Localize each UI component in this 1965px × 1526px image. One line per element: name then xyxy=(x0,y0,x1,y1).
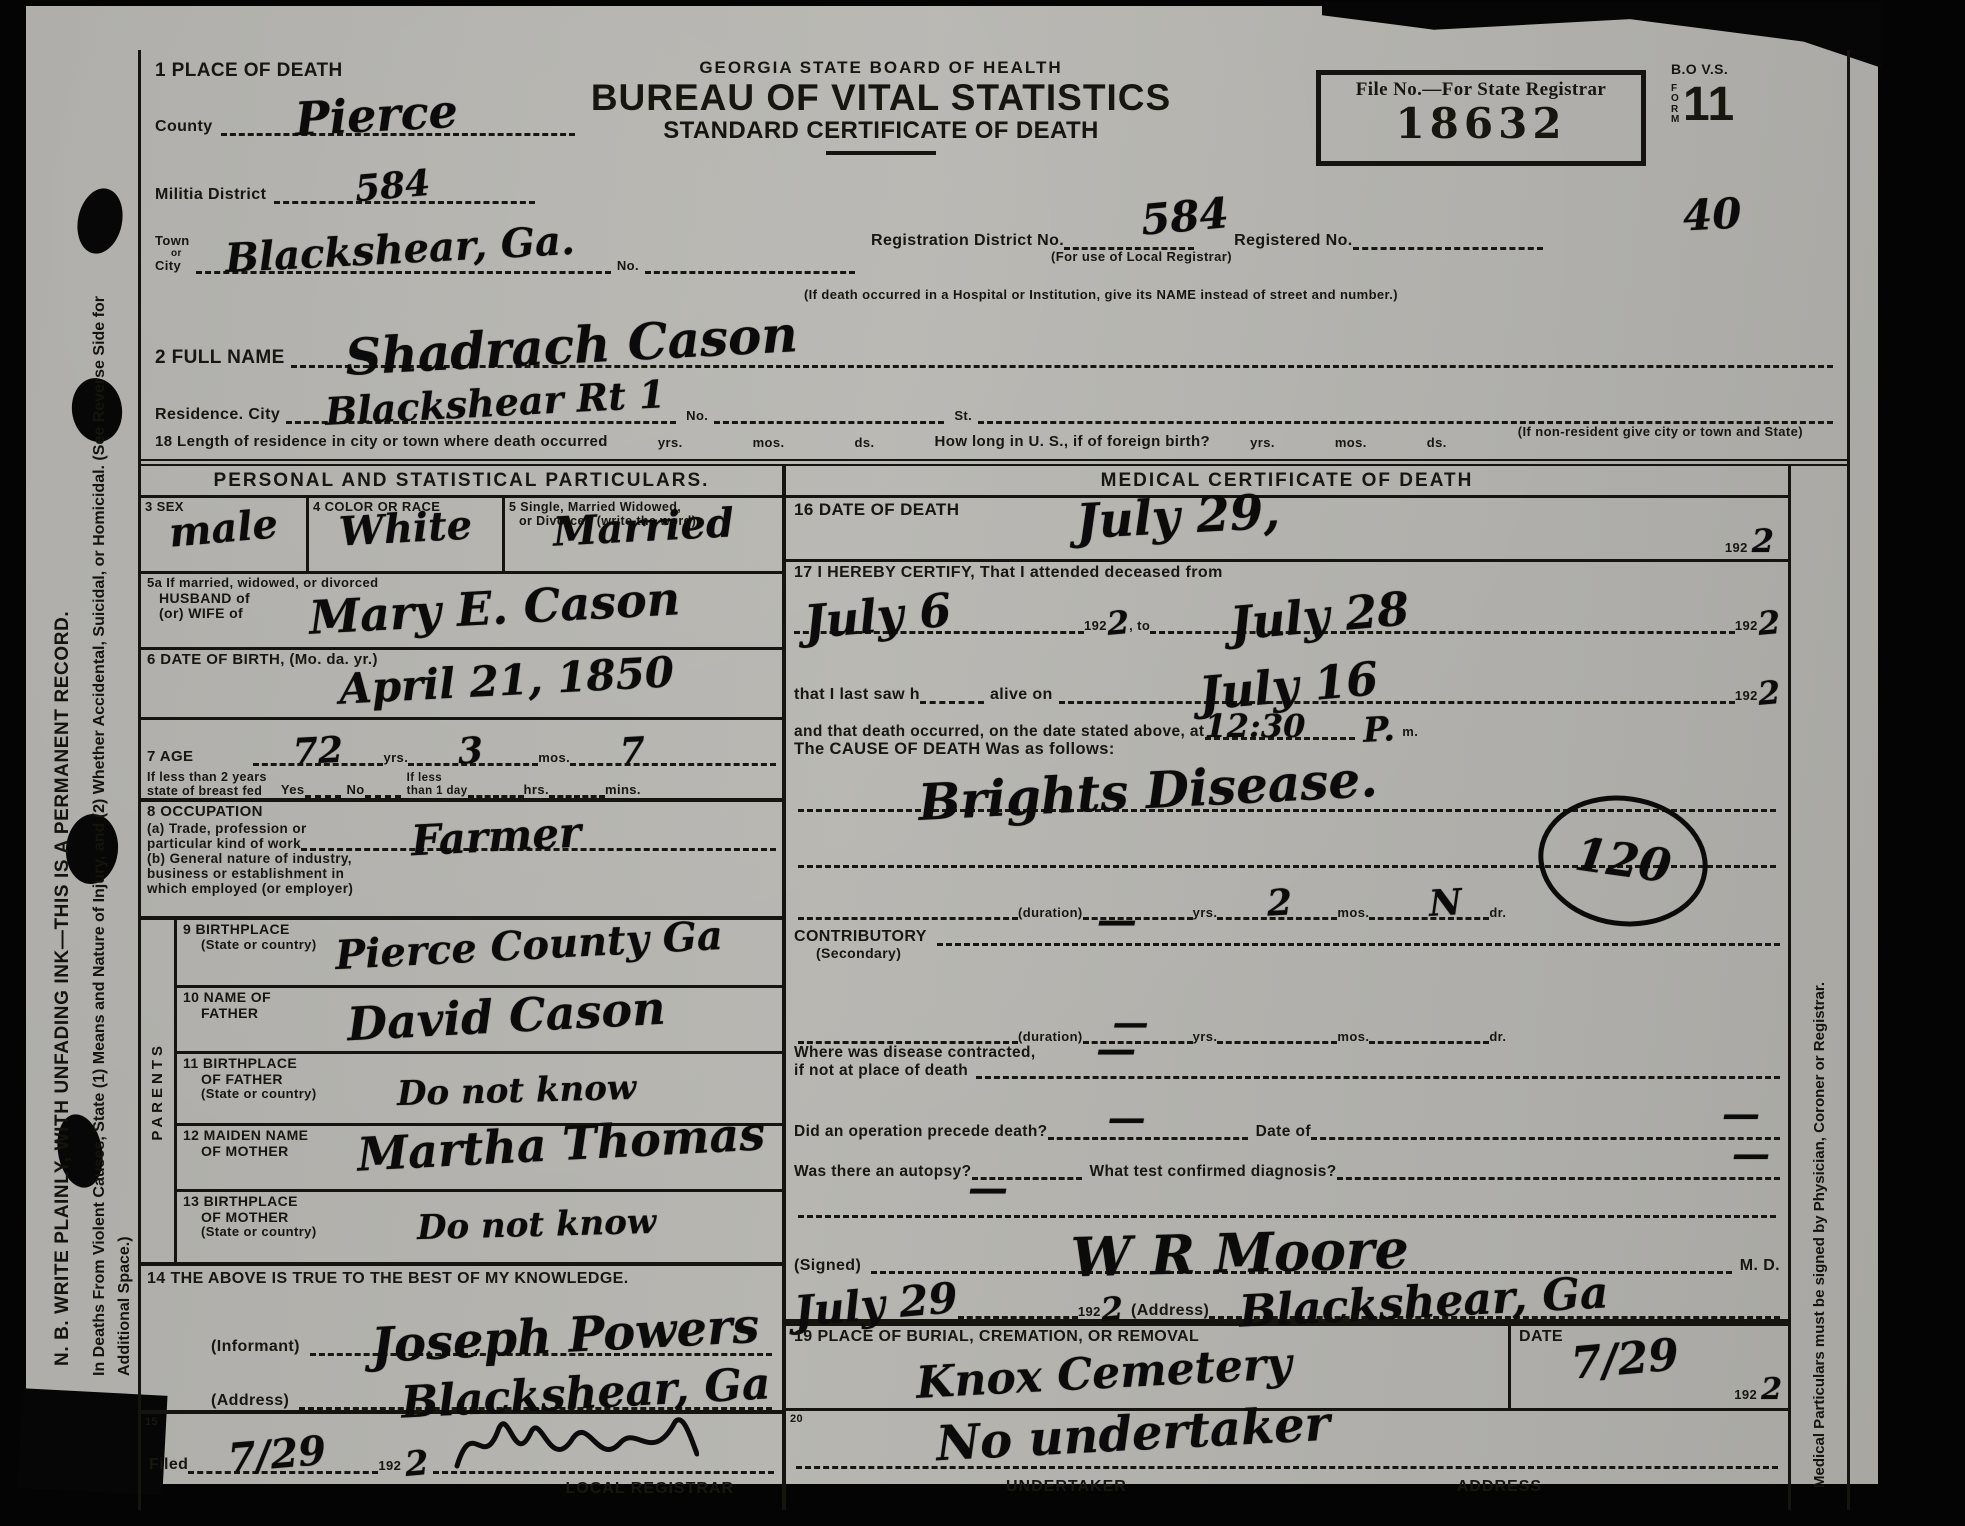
militia-district-value: 584 xyxy=(354,166,432,205)
filed-label: Filed xyxy=(149,1456,188,1474)
from-year-printed: 192 xyxy=(1084,619,1107,634)
operation-date-value: — xyxy=(1722,1097,1760,1131)
margin-note-violent-causes: In Deaths From Violent Causes, State (1)… xyxy=(88,226,138,1376)
occupation-b-label-2: business or establishment in xyxy=(147,866,776,881)
town-no-label: No. xyxy=(617,259,639,274)
personal-section-title: PERSONAL AND STATISTICAL PARTICULARS. xyxy=(141,466,782,498)
certify-label: 17 I HEREBY CERTIFY, That I attended dec… xyxy=(794,564,1780,582)
length-ds-label: ds. xyxy=(855,436,875,451)
operation-date-label: Date of xyxy=(1256,1123,1311,1140)
full-name-label: 2 FULL NAME xyxy=(155,347,285,368)
file-number-value: 18632 xyxy=(1321,100,1641,147)
undertaker-item-number: 20 xyxy=(790,1413,803,1425)
contracted-label-1: Where was disease contracted, xyxy=(794,1044,1780,1061)
less-than-day-label-2: than 1 day xyxy=(407,785,468,798)
occupation-b-label-3: which employed (or employer) xyxy=(147,881,776,896)
filed-row: 15 Filed 7/29 192 2 LOCAL REGISTRAR xyxy=(141,1414,782,1510)
to-year-printed: 192 xyxy=(1735,619,1758,634)
filed-year-printed: 192 xyxy=(378,1459,401,1474)
file-number-label: File No.—For State Registrar xyxy=(1321,79,1641,100)
date-of-death-value: July 29, xyxy=(1075,491,1281,545)
contributory-sub-label: (Secondary) xyxy=(816,946,1780,962)
parents-side-label: PARENTS xyxy=(149,1042,166,1141)
margin-note-medical-particulars: Medical Particulars must be signed by Ph… xyxy=(1811,488,1828,1488)
undertaker-value: No undertaker xyxy=(935,1403,1331,1467)
certificate-title: STANDARD CERTIFICATE OF DEATH xyxy=(501,118,1261,145)
physician-signature: W R Moore xyxy=(1071,1224,1410,1281)
sex-value: male xyxy=(168,506,280,551)
filed-date-value: 7/29 xyxy=(227,1433,328,1477)
county-value: Pierce xyxy=(294,90,459,140)
age-hrs-label: hrs. xyxy=(524,783,549,798)
from-year-written: 2 xyxy=(1106,608,1131,639)
signed-label: (Signed) xyxy=(794,1257,861,1275)
local-registrar-signature-scrawl xyxy=(449,1408,699,1482)
militia-district-label: Militia District xyxy=(155,186,266,204)
full-name-value: Shadrach Cason xyxy=(344,311,799,380)
file-number-box: File No.—For State Registrar 18632 xyxy=(1316,70,1646,166)
death-time-value: 12:30 xyxy=(1205,712,1306,741)
age-label: 7 AGE xyxy=(147,749,193,766)
hospital-note: (If death occurred in a Hospital or Inst… xyxy=(611,288,1591,303)
breast-fed-label-2: state of breast fed xyxy=(147,784,267,798)
attended-to-value: July 28 xyxy=(1229,588,1411,645)
residence-no-label: No. xyxy=(686,409,708,424)
burial-place-value: Knox Cemetery xyxy=(915,1345,1292,1404)
dod-year-printed: 192 xyxy=(1725,540,1748,555)
dod-year-written: 2 xyxy=(1752,522,1774,560)
filed-year-written: 2 xyxy=(404,1448,430,1481)
sign-address-label: (Address) xyxy=(1131,1302,1209,1320)
form-badge: B.O V.S. FORM 11 xyxy=(1671,62,1791,131)
occupation-a-label-2: particular kind of work xyxy=(147,836,301,851)
sign-year-written: 2 xyxy=(1100,1294,1125,1325)
age-mins-label: mins. xyxy=(605,783,641,798)
alive-on-label: alive on xyxy=(990,686,1053,704)
informant-address-label: (Address) xyxy=(211,1392,289,1410)
breast-fed-label-1: If less than 2 years xyxy=(147,770,267,784)
attended-from-value: July 6 xyxy=(802,589,952,643)
board-title: GEORGIA STATE BOARD OF HEALTH xyxy=(501,58,1261,77)
form-badge-number: 11 xyxy=(1683,78,1735,132)
signed-md-label: M. D. xyxy=(1740,1257,1780,1275)
date-of-death-label: 16 DATE OF DEATH xyxy=(794,500,959,519)
duration-label: (duration) xyxy=(1018,906,1083,921)
medical-section-title: MEDICAL CERTIFICATE OF DEATH xyxy=(786,466,1788,498)
bureau-title: BUREAU OF VITAL STATISTICS xyxy=(501,77,1261,118)
length-yrs2-label: yrs. xyxy=(1250,436,1275,451)
age-days-value: 7 xyxy=(619,734,646,768)
less-than-day-label-1: If less xyxy=(407,772,468,785)
undertaker-label: UNDERTAKER xyxy=(1006,1478,1127,1496)
contributory-label: CONTRIBUTORY xyxy=(794,928,927,946)
registration-district-value: 584 xyxy=(1140,194,1231,239)
sign-address-value: Blackshear, Ga xyxy=(1238,1273,1609,1332)
last-saw-year-printed: 192 xyxy=(1735,689,1758,704)
residence-st-label: St. xyxy=(954,409,972,424)
contributory-value: — xyxy=(1097,903,1137,939)
date-of-birth-value: April 21, 1850 xyxy=(338,653,675,708)
how-long-us-label: How long in U. S., if of foreign birth? xyxy=(935,434,1211,451)
duration-yrs-label: yrs. xyxy=(1193,906,1218,921)
death-time-label: and that death occurred, on the date sta… xyxy=(794,723,1205,740)
length-yrs-label: yrs. xyxy=(658,436,683,451)
duration-mos-label: mos. xyxy=(1337,906,1369,921)
registered-no-value: 40 xyxy=(1682,194,1742,235)
undertaker-row: 20 No undertaker UNDERTAKER ADDRESS xyxy=(786,1411,1788,1497)
operation-label: Did an operation precede death? xyxy=(794,1123,1048,1140)
burial-year-written: 2 xyxy=(1761,1372,1782,1407)
duration-dr-label: dr. xyxy=(1489,906,1506,921)
certificate-form: 1 PLACE OF DEATH GEORGIA STATE BOARD OF … xyxy=(138,50,1850,1510)
father-name-value: David Cason xyxy=(346,988,666,1046)
age-no-label: No xyxy=(347,783,365,798)
autopsy-label: Was there an autopsy? xyxy=(794,1163,972,1180)
father-birthplace-value: Do not know xyxy=(397,1073,637,1110)
contracted-label-2: if not at place of death xyxy=(794,1062,968,1079)
duration2-label: (duration) xyxy=(1018,1030,1083,1045)
length-residence-label: 18 Length of residence in city or town w… xyxy=(155,434,608,451)
operation-value: — xyxy=(1108,1101,1146,1135)
duration-days-value: N xyxy=(1429,886,1464,920)
last-saw-label: that I last saw h xyxy=(794,686,920,704)
title-block: GEORGIA STATE BOARD OF HEALTH BUREAU OF … xyxy=(501,58,1261,155)
residence-label: Residence. City xyxy=(155,406,280,424)
burial-date-value: 7/29 xyxy=(1569,1336,1680,1385)
local-registrar-label: LOCAL REGISTRAR xyxy=(149,1480,774,1498)
attest-statement: 14 THE ABOVE IS TRUE TO THE BEST OF MY K… xyxy=(141,1266,782,1290)
registered-no-label: Registered No. xyxy=(1234,232,1353,250)
age-yes-label: Yes xyxy=(281,783,305,798)
autopsy-test-label: What test confirmed diagnosis? xyxy=(1090,1163,1337,1180)
right-margin-column: Medical Particulars must be signed by Ph… xyxy=(1791,466,1847,1510)
mother-birthplace-value: Do not know xyxy=(417,1207,657,1244)
to-year-written: 2 xyxy=(1757,608,1782,639)
length-mos2-label: mos. xyxy=(1335,436,1367,451)
sign-year-printed: 192 xyxy=(1078,1305,1101,1320)
town-label: Town xyxy=(155,234,190,249)
age-mos-label: mos. xyxy=(538,751,570,766)
burial-year-printed: 192 xyxy=(1734,1387,1757,1402)
contracted-value: — xyxy=(1096,1032,1136,1068)
age-months-value: 3 xyxy=(457,734,484,768)
local-registrar-note: (For use of Local Registrar) xyxy=(1051,250,1831,265)
duration2-dr-label: dr. xyxy=(1489,1030,1506,1045)
certificate-paper: N. B. WRITE PLAINLY, WITH UNFADING INK—T… xyxy=(26,6,1878,1484)
duration-months-value: 2 xyxy=(1267,886,1294,920)
age-years-value: 72 xyxy=(293,733,345,768)
death-meridiem-value: P. xyxy=(1362,715,1395,747)
length-ds2-label: ds. xyxy=(1427,436,1447,451)
pre-sign-dash: — xyxy=(968,1171,1008,1207)
parents-block: PARENTS 9 BIRTHPLACE (State or country) … xyxy=(141,920,782,1266)
certificate-header: 1 PLACE OF DEATH GEORGIA STATE BOARD OF … xyxy=(141,50,1847,466)
death-m-label: m. xyxy=(1402,725,1418,740)
form-badge-word: FORM xyxy=(1671,84,1683,126)
marital-value: Married xyxy=(552,505,735,550)
form-badge-org: B.O V.S. xyxy=(1671,62,1791,78)
spouse-value: Mary E. Cason xyxy=(308,578,681,639)
certify-to-label: , to xyxy=(1129,619,1150,634)
registration-district-label: Registration District No. xyxy=(871,232,1064,250)
personal-section: PERSONAL AND STATISTICAL PARTICULARS. 3 … xyxy=(141,466,786,1510)
duration2-yrs-label: yrs. xyxy=(1193,1030,1218,1045)
title-flourish xyxy=(826,151,936,155)
father-birthplace-label-1: 11 BIRTHPLACE xyxy=(183,1056,776,1072)
occupation-value: Farmer xyxy=(410,814,582,861)
county-label: County xyxy=(155,118,213,136)
margin-note-write-plainly: N. B. WRITE PLAINLY, WITH UNFADING INK—T… xyxy=(52,116,74,1366)
place-of-death-label: 1 PLACE OF DEATH xyxy=(155,60,343,81)
undertaker-address-label: ADDRESS xyxy=(1457,1478,1542,1496)
informant-label: (Informant) xyxy=(211,1338,300,1356)
medical-section: MEDICAL CERTIFICATE OF DEATH 16 DATE OF … xyxy=(786,466,1791,1510)
color-race-value: White xyxy=(338,507,473,550)
sign-date-value: July 29 xyxy=(793,1279,960,1331)
registration-block: Registration District No. 584 Registered… xyxy=(871,232,1831,264)
age-yrs-label: yrs. xyxy=(383,751,408,766)
duration2-mos-label: mos. xyxy=(1337,1030,1369,1045)
autopsy-value: — xyxy=(1732,1137,1770,1171)
length-mos-label: mos. xyxy=(753,436,785,451)
city-label: City xyxy=(155,259,190,274)
